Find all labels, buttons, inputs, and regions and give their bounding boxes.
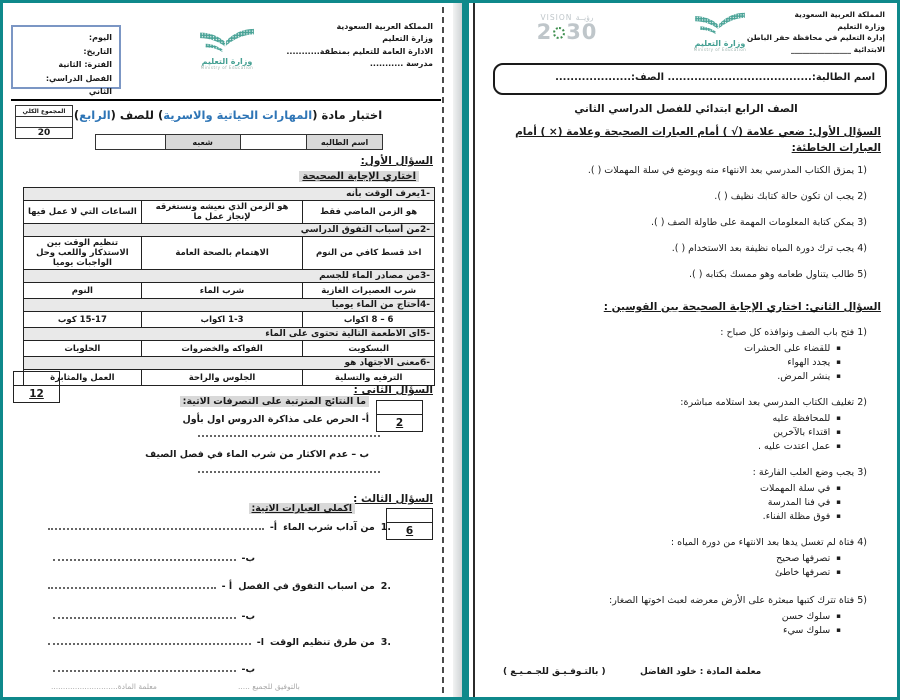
score-empty-cell bbox=[377, 401, 423, 415]
question1-score-box: 12 bbox=[13, 371, 60, 403]
exam-info-box: اليوم: التاريخ: الفترة: الثانية الفصل ال… bbox=[11, 25, 121, 89]
question3-score-box: 6 bbox=[386, 508, 433, 540]
multiple-choice-table: 1-يعرف الوقت بأنه هو الزمن الماضي فقط هو… bbox=[23, 187, 435, 386]
org-line: الادارة العامة للتعليم بمنطقة........... bbox=[286, 46, 433, 58]
mcq-stem: 1) فتح باب الصف ونوافذه كل صباح : bbox=[720, 327, 867, 338]
question2-item-b: ب – عدم الاكثار من شرب الماء في فصل الصي… bbox=[145, 449, 369, 460]
item-number: 1. bbox=[381, 522, 391, 533]
exam-page-grade4: المملكة العربية السعودية وزارة التعليم إ… bbox=[473, 3, 897, 697]
mcq-option: 1-3 اكواب bbox=[141, 312, 303, 328]
mcq-option: سلوك سيء bbox=[783, 625, 841, 636]
mcq-option: شرب الماء bbox=[141, 283, 303, 299]
answer-line bbox=[48, 643, 251, 645]
mcq-question: 3-من مصادر الماء للجسم bbox=[24, 270, 435, 283]
mcq-option: الساعات التي لا عمل فيها bbox=[24, 201, 142, 224]
fill-blank-item: 1. من آداب شرب الماء أ- bbox=[48, 522, 391, 533]
mcq-option: عمل اعتدت عليه . bbox=[758, 441, 841, 452]
item-sub-label: ب- bbox=[242, 553, 256, 564]
item-sub-label: ا- bbox=[257, 637, 264, 648]
mcq-option: في سلة المهملات bbox=[760, 483, 841, 494]
student-name-blank bbox=[240, 135, 307, 150]
section-blank bbox=[96, 135, 166, 150]
header-org-block: المملكة العربية السعودية وزارة التعليم ا… bbox=[286, 21, 433, 71]
info-date: التاريخ: bbox=[20, 45, 112, 59]
footer-wish: بالتوفيق للجميع ..... bbox=[238, 682, 300, 691]
org-line: إدارة التعليم في محافظة حفر الباطن bbox=[747, 32, 885, 44]
scanned-exam-sheets: المملكة العربية السعودية وزارة التعليم ا… bbox=[0, 0, 900, 700]
item-number: 2. bbox=[381, 581, 391, 592]
answer-line bbox=[53, 670, 236, 672]
item-sub-label: ب- bbox=[242, 611, 256, 622]
section2-heading: السؤال الثاني: اختاري الإجابة الصحيحة بي… bbox=[604, 301, 881, 313]
item-sub-label: ب- bbox=[242, 664, 256, 675]
scan-shadow-strip bbox=[453, 3, 462, 697]
vision-2030-number: 230 bbox=[517, 22, 617, 43]
header-org-block: المملكة العربية السعودية وزارة التعليم إ… bbox=[747, 9, 885, 56]
teal-divider bbox=[462, 3, 469, 697]
mcq-option: 6 – 8 اكواب bbox=[303, 312, 435, 328]
header-divider bbox=[11, 99, 441, 101]
question3-heading: السؤال الثالث : bbox=[353, 493, 433, 505]
answer-line bbox=[48, 587, 216, 589]
score-empty-cell bbox=[387, 509, 433, 523]
item-text: من آداب شرب الماء bbox=[283, 522, 375, 533]
mcq-option: هو الزمن الذي نعيشه ونستغرقه لإنجاز عمل … bbox=[141, 201, 303, 224]
mcq-option: للقضاء على الحشرات bbox=[744, 343, 841, 354]
grade-semester-line: الصف الرابع ابتدائي للفصل الدراسي الثاني bbox=[475, 103, 897, 115]
true-false-item: 5) طالب يتناول طعامه وهو ممسك بكتابه ( )… bbox=[689, 269, 867, 280]
info-day: اليوم: bbox=[20, 31, 112, 45]
item-number: 3. bbox=[381, 637, 391, 648]
mcq-option: في فنا المدرسة bbox=[768, 497, 841, 508]
student-name-label: اسم الطالبه bbox=[307, 135, 383, 150]
mcq-question: 1-يعرف الوقت بأنه bbox=[24, 188, 435, 201]
mcq-option: فوق مظلة الفناء. bbox=[763, 511, 841, 522]
mcq-option: شرب العصيرات الغازية bbox=[303, 283, 435, 299]
item-sub-label: أ- bbox=[270, 522, 277, 533]
score-value: 2 bbox=[377, 415, 423, 432]
question1-instruction: اختاري الإجابة الصحيحة bbox=[299, 171, 419, 182]
mcq-stem: 5) فتاة تترك كتبها مبعثرة على الأرض معرض… bbox=[609, 595, 867, 606]
answer-line bbox=[48, 528, 264, 530]
question2-heading: السؤال الثانى : bbox=[354, 384, 433, 396]
ministry-logo-english-label: Ministry of Education bbox=[687, 48, 753, 52]
mcq-question: 2-من أسباب التفوق الدراسي bbox=[24, 224, 435, 237]
item-sub-label: أ - bbox=[222, 581, 233, 592]
question2-score-box: 2 bbox=[376, 400, 423, 432]
true-false-item: 3) يمكن كتابة المعلومات المهمة على طاولة… bbox=[651, 217, 867, 228]
fill-blank-subline: ب- bbox=[53, 664, 255, 675]
org-line: المملكة العربية السعودية bbox=[747, 9, 885, 21]
fill-blank-subline: ب- bbox=[53, 611, 255, 622]
exam-page-life-skills: المملكة العربية السعودية وزارة التعليم ا… bbox=[3, 3, 453, 697]
true-false-item: 4) يجب ترك دورة المياه نظيفة بعد الاستخد… bbox=[672, 243, 867, 254]
answer-line bbox=[198, 435, 380, 437]
ministry-logo-icon bbox=[692, 11, 748, 35]
org-line: وزارة التعليم bbox=[747, 21, 885, 33]
question3-instruction: اكملي العبارات الاتية: bbox=[249, 503, 356, 514]
score-value: 6 bbox=[387, 523, 433, 540]
section1-heading: السؤال الأول: ضعي علامة (√ ) أمام العبار… bbox=[489, 125, 881, 157]
mcq-option: تنظيم الوقت بين الاستذكار واللعب وحل الو… bbox=[24, 237, 142, 270]
score-value: 12 bbox=[14, 386, 60, 403]
mcq-option: تصرفها صحيح bbox=[776, 553, 841, 564]
footer-wish: ( بالتـوفـيـق للجـمـيـع ) bbox=[503, 667, 606, 677]
mcq-question: 6-معنى الاجتهاد هو bbox=[24, 357, 435, 370]
vision-2030-logo: VISION رؤيــة 230 bbox=[517, 13, 617, 43]
org-line: الابتدائية ________________ bbox=[747, 44, 885, 56]
ministry-of-education-logo: وزارة التعليم Ministry of Education bbox=[687, 11, 753, 53]
answer-line bbox=[53, 559, 236, 561]
question2-item-a: أ- الحرص على مذاكرة الدروس اول بأول bbox=[182, 414, 369, 425]
section-label: شعبه bbox=[165, 135, 240, 150]
student-name-box: اسم الطالبة:............................… bbox=[493, 63, 887, 95]
mcq-question: 5-اى الاطعمة التالية تحتوى على الماء bbox=[24, 328, 435, 341]
true-false-item: 1) يمزق الكتاب المدرسي بعد الانتهاء منه … bbox=[588, 165, 867, 176]
mcq-option: البسكويت bbox=[303, 341, 435, 357]
mcq-option: الجلوس والراحة bbox=[141, 370, 303, 386]
mcq-option: ينشر المرض. bbox=[777, 371, 841, 382]
footer-teacher: معلمة المادة............................ bbox=[51, 682, 157, 691]
mcq-option: للمحافظة عليه bbox=[772, 413, 841, 424]
item-text: من اسباب التفوق في الفصل bbox=[238, 581, 375, 592]
ministry-logo-icon bbox=[196, 27, 258, 53]
page-fold-dashed-line bbox=[442, 7, 444, 693]
fill-blank-item: 2. من اسباب التفوق في الفصل أ - bbox=[48, 581, 391, 592]
exam-grade: الرابع bbox=[79, 108, 111, 122]
mcq-option: تصرفها خاطئ bbox=[775, 567, 841, 578]
mcq-question: 4-أحتاج من الماء يوميا bbox=[24, 299, 435, 312]
mcq-option: يجدد الهواء bbox=[787, 357, 841, 368]
fill-blank-subline: ب- bbox=[53, 553, 255, 564]
footer-teacher: معلمة المادة : خلود الفاضل bbox=[640, 667, 761, 677]
mcq-option: هو الزمن الماضي فقط bbox=[303, 201, 435, 224]
fill-blank-item: 3. من طرق تنظيم الوقت ا- bbox=[48, 637, 391, 648]
exam-subject: المهارات الحياتية والاسرية bbox=[163, 108, 312, 122]
answer-line bbox=[53, 617, 236, 619]
student-name-row: اسم الطالبه شعبه bbox=[95, 134, 383, 150]
exam-title-text: ) للصف ( bbox=[111, 108, 164, 122]
exam-title-text: اختبار مادة ( bbox=[312, 108, 382, 122]
true-false-item: 2) يجب ان تكون حالة كتابك نظيف ( ). bbox=[714, 191, 867, 202]
mcq-stem: 4) فتاة لم تغسل يدها بعد الانتهاء من دور… bbox=[671, 537, 867, 548]
mcq-option: سلوك حسن bbox=[782, 611, 841, 622]
question2-instruction: ما النتائج المترتبة على التصرفات الاتية: bbox=[180, 396, 369, 407]
mcq-option: الحلويات bbox=[24, 341, 142, 357]
info-period: الفترة: الثانية bbox=[20, 58, 112, 72]
mcq-stem: 2) تغليف الكتاب المدرسي بعد استلامه مباش… bbox=[680, 397, 867, 408]
mcq-stem: 3) يجب وضع العلب الفارغة : bbox=[753, 467, 867, 478]
score-empty-cell bbox=[14, 372, 60, 386]
mcq-option: الاهتمام بالصحة العامة bbox=[141, 237, 303, 270]
total-score-value: 20 bbox=[16, 128, 73, 139]
answer-line bbox=[198, 471, 380, 473]
page-gutter bbox=[453, 3, 473, 697]
palm-emblem-icon bbox=[553, 27, 565, 39]
mcq-option: اخذ قسط كافي من النوم bbox=[303, 237, 435, 270]
item-text: من طرق تنظيم الوقت bbox=[270, 637, 375, 648]
ministry-logo-english-label: Ministry of Education bbox=[171, 66, 283, 70]
org-line: مدرسة ........... bbox=[286, 58, 433, 70]
mcq-option: اقتداء بالآخرين bbox=[773, 427, 841, 438]
mcq-option: 15-17 كوب bbox=[24, 312, 142, 328]
ministry-of-education-logo: وزارة التعليم Ministry of Education bbox=[171, 27, 283, 71]
org-line: وزارة التعليم bbox=[286, 33, 433, 45]
org-line: المملكة العربية السعودية bbox=[286, 21, 433, 33]
mcq-option: النوم bbox=[24, 283, 142, 299]
mcq-option: الفواكه والخضروات bbox=[141, 341, 303, 357]
question1-heading: السؤال الأول: bbox=[361, 155, 433, 167]
info-semester: الفصل الدراسي: الثاني bbox=[20, 72, 112, 99]
exam-title: اختبار مادة (المهارات الحياتية والاسرية)… bbox=[63, 108, 393, 122]
